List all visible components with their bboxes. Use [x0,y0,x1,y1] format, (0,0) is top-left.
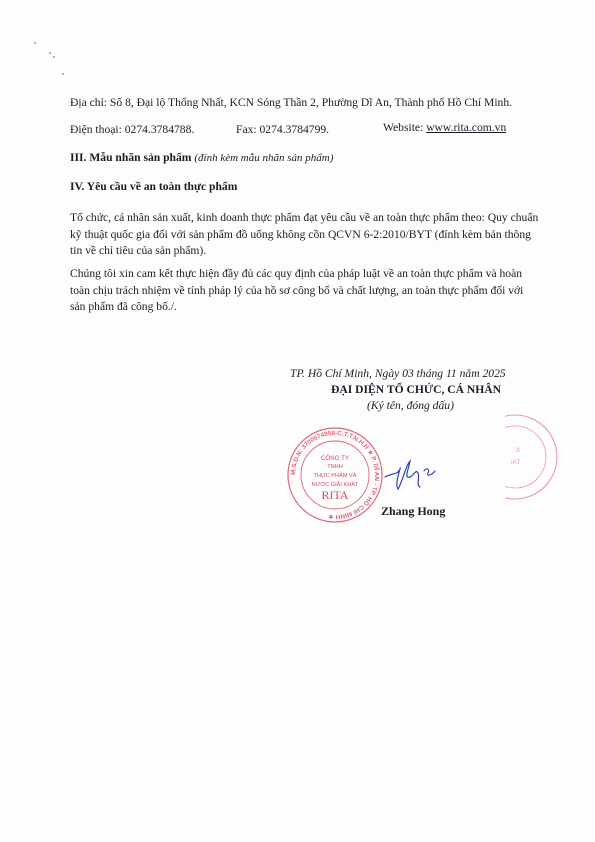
section-4-paragraph: Tổ chức, cá nhân sản xuất, kinh doanh th… [70,210,540,260]
svg-text:THỰC PHẨM VÀ: THỰC PHẨM VÀ [313,472,356,479]
signer-name: Zhang Hong [381,504,445,519]
website-link[interactable]: www.rita.com.vn [426,121,506,134]
svg-text:RITA: RITA [321,488,348,502]
signature-note: (Ký tên, đóng dấu) [367,399,454,412]
phone-text: Điện thoại: 0274.3784788. [70,123,194,136]
place-date: TP. Hồ Chí Minh, Ngày 03 tháng 11 năm 20… [290,367,506,380]
svg-text:CÔNG TY: CÔNG TY [321,455,349,462]
svg-text:IÁT: IÁT [511,459,521,466]
website-field: Website: www.rita.com.vn [383,121,506,134]
svg-text:TNHH: TNHH [327,464,343,470]
svg-text:NƯỚC GIẢI KHÁT: NƯỚC GIẢI KHÁT [312,481,359,488]
commitment-paragraph: Chúng tôi xin cam kết thực hiện đầy đủ c… [70,266,540,316]
address-line: Địa chỉ: Số 8, Đại lộ Thống Nhất, KCN Só… [70,96,512,109]
partial-stamp: 'À IÁT [505,410,595,505]
section-3-note: (đính kèm mẫu nhãn sản phẩm) [194,152,333,164]
section-4-title: IV. Yêu cầu về an toàn thực phẩm [70,180,237,193]
signature-title: ĐẠI DIỆN TỔ CHỨC, CÁ NHÂN [331,383,501,396]
section-3-title: III. Mẫu nhãn sản phẩm [70,151,191,164]
signature-scribble [380,455,440,495]
fax-text: Fax: 0274.3784799. [236,123,329,136]
company-stamp: M.S.D.N: 3700574958-C.T.T.N.H.H ★ P. DĨ … [285,425,385,525]
svg-text:'À: 'À [515,447,520,454]
section-3-heading: III. Mẫu nhãn sản phẩm (đính kèm mẫu nhã… [70,151,333,164]
website-label: Website: [383,121,426,134]
